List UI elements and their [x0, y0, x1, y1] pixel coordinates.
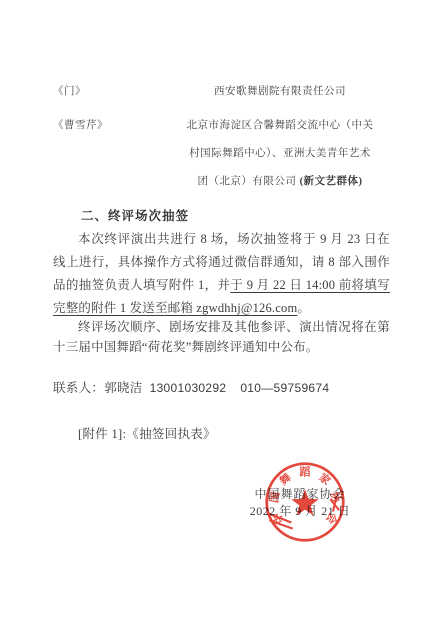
new-art-group-tag: (新文艺群体) — [300, 176, 363, 187]
entry-row-men: 《门》 西安歌舞剧院有限责任公司 — [53, 78, 390, 106]
work-title-caoxueqin: 《曹雪芹》 — [53, 112, 170, 140]
contact-mobile: 13001030292 — [150, 381, 227, 395]
contact-office-phone: 010—59759674 — [240, 381, 329, 395]
seal-star-icon — [291, 489, 318, 515]
contact-label: 联系人： — [53, 381, 104, 395]
seal-graphic: 中国舞蹈家协会 — [264, 461, 346, 543]
company-line-2: 村国际舞蹈中心）、亚洲大美青年艺术 — [170, 140, 390, 168]
document-page: 《门》 西安歌舞剧院有限责任公司 《曹雪芹》 北京市海淀区合馨舞蹈交流中心（中关… — [0, 0, 441, 626]
shortlist-entries: 《门》 西安歌舞剧院有限责任公司 《曹雪芹》 北京市海淀区合馨舞蹈交流中心（中关… — [53, 78, 390, 196]
entry-row-caoxueqin: 《曹雪芹》 北京市海淀区合馨舞蹈交流中心（中关 村国际舞蹈中心）、亚洲大美青年艺… — [53, 112, 390, 196]
company-line-3-text: 团（北京）有限公司 — [197, 176, 299, 187]
official-seal-stamp: 中国舞蹈家协会 — [264, 461, 346, 543]
paragraph-announcement: 终评场次顺序、剧场安排及其他参评、演出情况将在第十三届中国舞蹈“荷花奖”舞剧终评… — [53, 317, 390, 357]
attachment-reference: [附件 1]:《抽签回执表》 — [53, 424, 216, 444]
contact-name: 郭晓洁 — [104, 381, 142, 395]
svg-text:会: 会 — [323, 510, 341, 527]
section-heading: 二、终评场次抽签 — [81, 206, 189, 224]
company-name-caoxueqin: 北京市海淀区合馨舞蹈交流中心（中关 村国际舞蹈中心）、亚洲大美青年艺术 团（北京… — [170, 112, 390, 196]
paragraph-draw-procedure: 本次终评演出共进行 8 场，场次抽签将于 9 月 23 日在线上进行，具体操作方… — [53, 228, 390, 320]
company-line-1: 北京市海淀区合馨舞蹈交流中心（中关 — [170, 112, 390, 140]
contact-line: 联系人：郭晓洁13001030292010—59759674 — [53, 378, 329, 398]
para1-period: 。 — [297, 301, 310, 315]
work-title-men: 《门》 — [53, 78, 170, 106]
company-name-men: 西安歌舞剧院有限责任公司 — [170, 78, 390, 106]
svg-text:蹈: 蹈 — [300, 465, 311, 479]
company-line-3: 团（北京）有限公司 (新文艺群体) — [170, 168, 390, 196]
